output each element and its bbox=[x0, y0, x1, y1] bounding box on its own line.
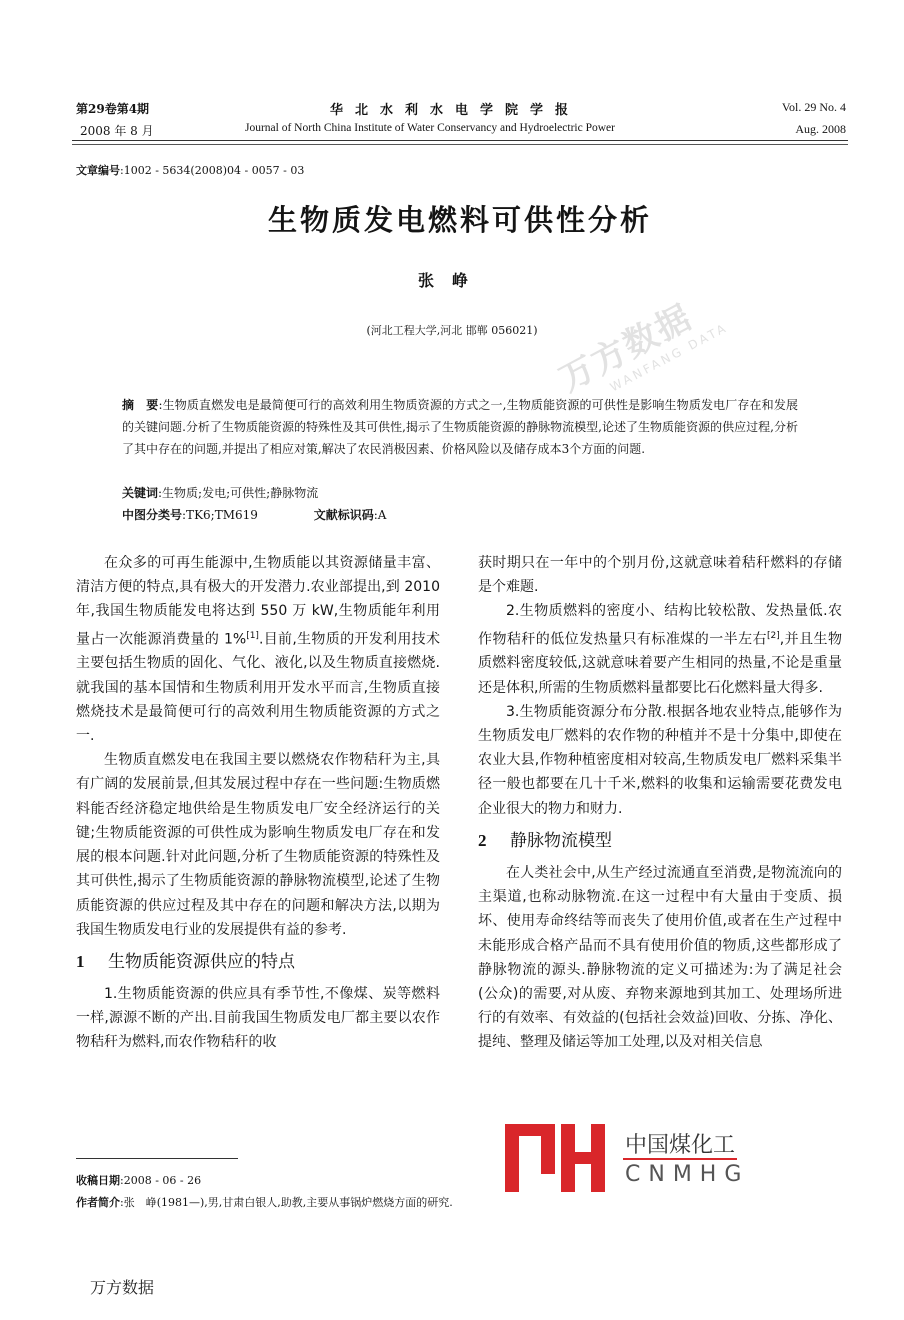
doc-code-value: :A bbox=[374, 508, 387, 522]
keywords-label: 关键词 bbox=[122, 486, 158, 500]
section-2-paragraph-1: 在人类社会中,从生产经过流通直至消费,是物流流向的主渠道,也称动脉物流.在这一过… bbox=[478, 861, 842, 1055]
citation-ref-2[interactable]: [2] bbox=[767, 631, 780, 641]
abstract: 摘 要:生物质直燃发电是最简便可行的高效利用生物质资源的方式之一,生物质能资源的… bbox=[122, 394, 798, 460]
section-2-heading: 2静脉物流模型 bbox=[478, 827, 842, 855]
bio-label: 作者简介 bbox=[76, 1196, 120, 1209]
logo-text-en: CNMHG bbox=[625, 1162, 749, 1187]
journal-name-en: Journal of North China Institute of Wate… bbox=[245, 122, 615, 134]
paper-title: 生物质发电燃料可供性分析 bbox=[0, 198, 904, 239]
section-1-paragraph-1: 1.生物质能资源的供应具有季节性,不像煤、炭等燃料一样,源源不断的产出.目前我国… bbox=[76, 982, 440, 1055]
intro-paragraph-1: 在众多的可再生能源中,生物质能以其资源储量丰富、清洁方便的特点,具有极大的开发潜… bbox=[76, 551, 440, 748]
footnote-rule bbox=[76, 1158, 238, 1159]
body-column-left: 在众多的可再生能源中,生物质能以其资源储量丰富、清洁方便的特点,具有极大的开发潜… bbox=[76, 551, 440, 1055]
intro-paragraph-2: 生物质直燃发电在我国主要以燃烧农作物秸秆为主,具有广阔的发展前景,但其发展过程中… bbox=[76, 748, 440, 942]
article-number-value: :1002 - 5634(2008)04 - 0057 - 03 bbox=[120, 164, 304, 177]
logo-divider bbox=[623, 1158, 737, 1160]
cnmhg-logo: 中国煤化工 CNMHG bbox=[505, 1124, 745, 1192]
keywords: 关键词:生物质;发电;可供性;静脉物流 bbox=[122, 482, 798, 504]
section-1-heading: 1生物质能资源供应的特点 bbox=[76, 948, 440, 976]
article-number-label: 文章编号 bbox=[76, 164, 120, 177]
bio-value: :张 峥(1981—),男,甘肃白银人,助教,主要从事锅炉燃烧方面的研究. bbox=[120, 1196, 453, 1209]
intro-p1-text-b: .目前,生物质的开发利用技术主要包括生物质的固化、气化、液化,以及生物质直接燃烧… bbox=[76, 631, 440, 744]
body-column-right: 获时期只在一年中的个别月份,这就意味着秸秆燃料的存储是个难题. 2.生物质燃料的… bbox=[478, 551, 842, 1055]
section-1-paragraph-1-cont: 获时期只在一年中的个别月份,这就意味着秸秆燃料的存储是个难题. bbox=[478, 551, 842, 599]
citation-ref-1[interactable]: [1] bbox=[246, 631, 259, 641]
footer-brand: 万方数据 bbox=[90, 1275, 154, 1298]
mh-logo-mark-icon bbox=[505, 1124, 605, 1192]
abstract-label: 摘 要 bbox=[122, 398, 158, 412]
received-date: 收稿日期:2008 - 06 - 26 bbox=[76, 1172, 201, 1188]
issue-volume-en: Vol. 29 No. 4 bbox=[782, 100, 846, 115]
issue-date-cn: 2008 年 8 月 bbox=[80, 122, 154, 139]
clc-value: :TK6;TM619 bbox=[182, 508, 258, 522]
author-name: 张峥 bbox=[0, 268, 904, 291]
logo-text-cn: 中国煤化工 bbox=[625, 1128, 735, 1159]
section-1-number: 1 bbox=[76, 948, 108, 976]
article-number: 文章编号:1002 - 5634(2008)04 - 0057 - 03 bbox=[76, 162, 304, 178]
section-1-title: 生物质能资源供应的特点 bbox=[108, 952, 295, 972]
author-bio: 作者简介:张 峥(1981—),男,甘肃白银人,助教,主要从事锅炉燃烧方面的研究… bbox=[76, 1194, 453, 1210]
received-value: :2008 - 06 - 26 bbox=[120, 1174, 201, 1187]
doc-code-label: 文献标识码 bbox=[314, 508, 374, 522]
section-2-number: 2 bbox=[478, 827, 510, 855]
section-1-paragraph-3: 3.生物质能资源分布分散.根据各地农业特点,能够作为生物质发电厂燃料的农作物的种… bbox=[478, 700, 842, 821]
header-rule-thick bbox=[72, 140, 848, 141]
journal-name-cn: 华北水利水电学院学报 bbox=[330, 99, 580, 118]
header-rule-thin bbox=[72, 144, 848, 145]
clc-label: 中图分类号 bbox=[122, 508, 182, 522]
classification: 中图分类号:TK6;TM619 文献标识码:A bbox=[122, 504, 798, 526]
keywords-value: :生物质;发电;可供性;静脉物流 bbox=[158, 486, 318, 500]
section-2-title: 静脉物流模型 bbox=[510, 831, 612, 851]
abstract-text: :生物质直燃发电是最简便可行的高效利用生物质资源的方式之一,生物质能资源的可供性… bbox=[122, 398, 798, 456]
issue-date-en: Aug. 2008 bbox=[795, 122, 846, 137]
received-label: 收稿日期 bbox=[76, 1174, 120, 1187]
issue-volume-cn: 第29卷第4期 bbox=[76, 100, 149, 117]
section-1-paragraph-2: 2.生物质燃料的密度小、结构比较松散、发热量低.农作物秸秆的低位发热量只有标准煤… bbox=[478, 599, 842, 699]
